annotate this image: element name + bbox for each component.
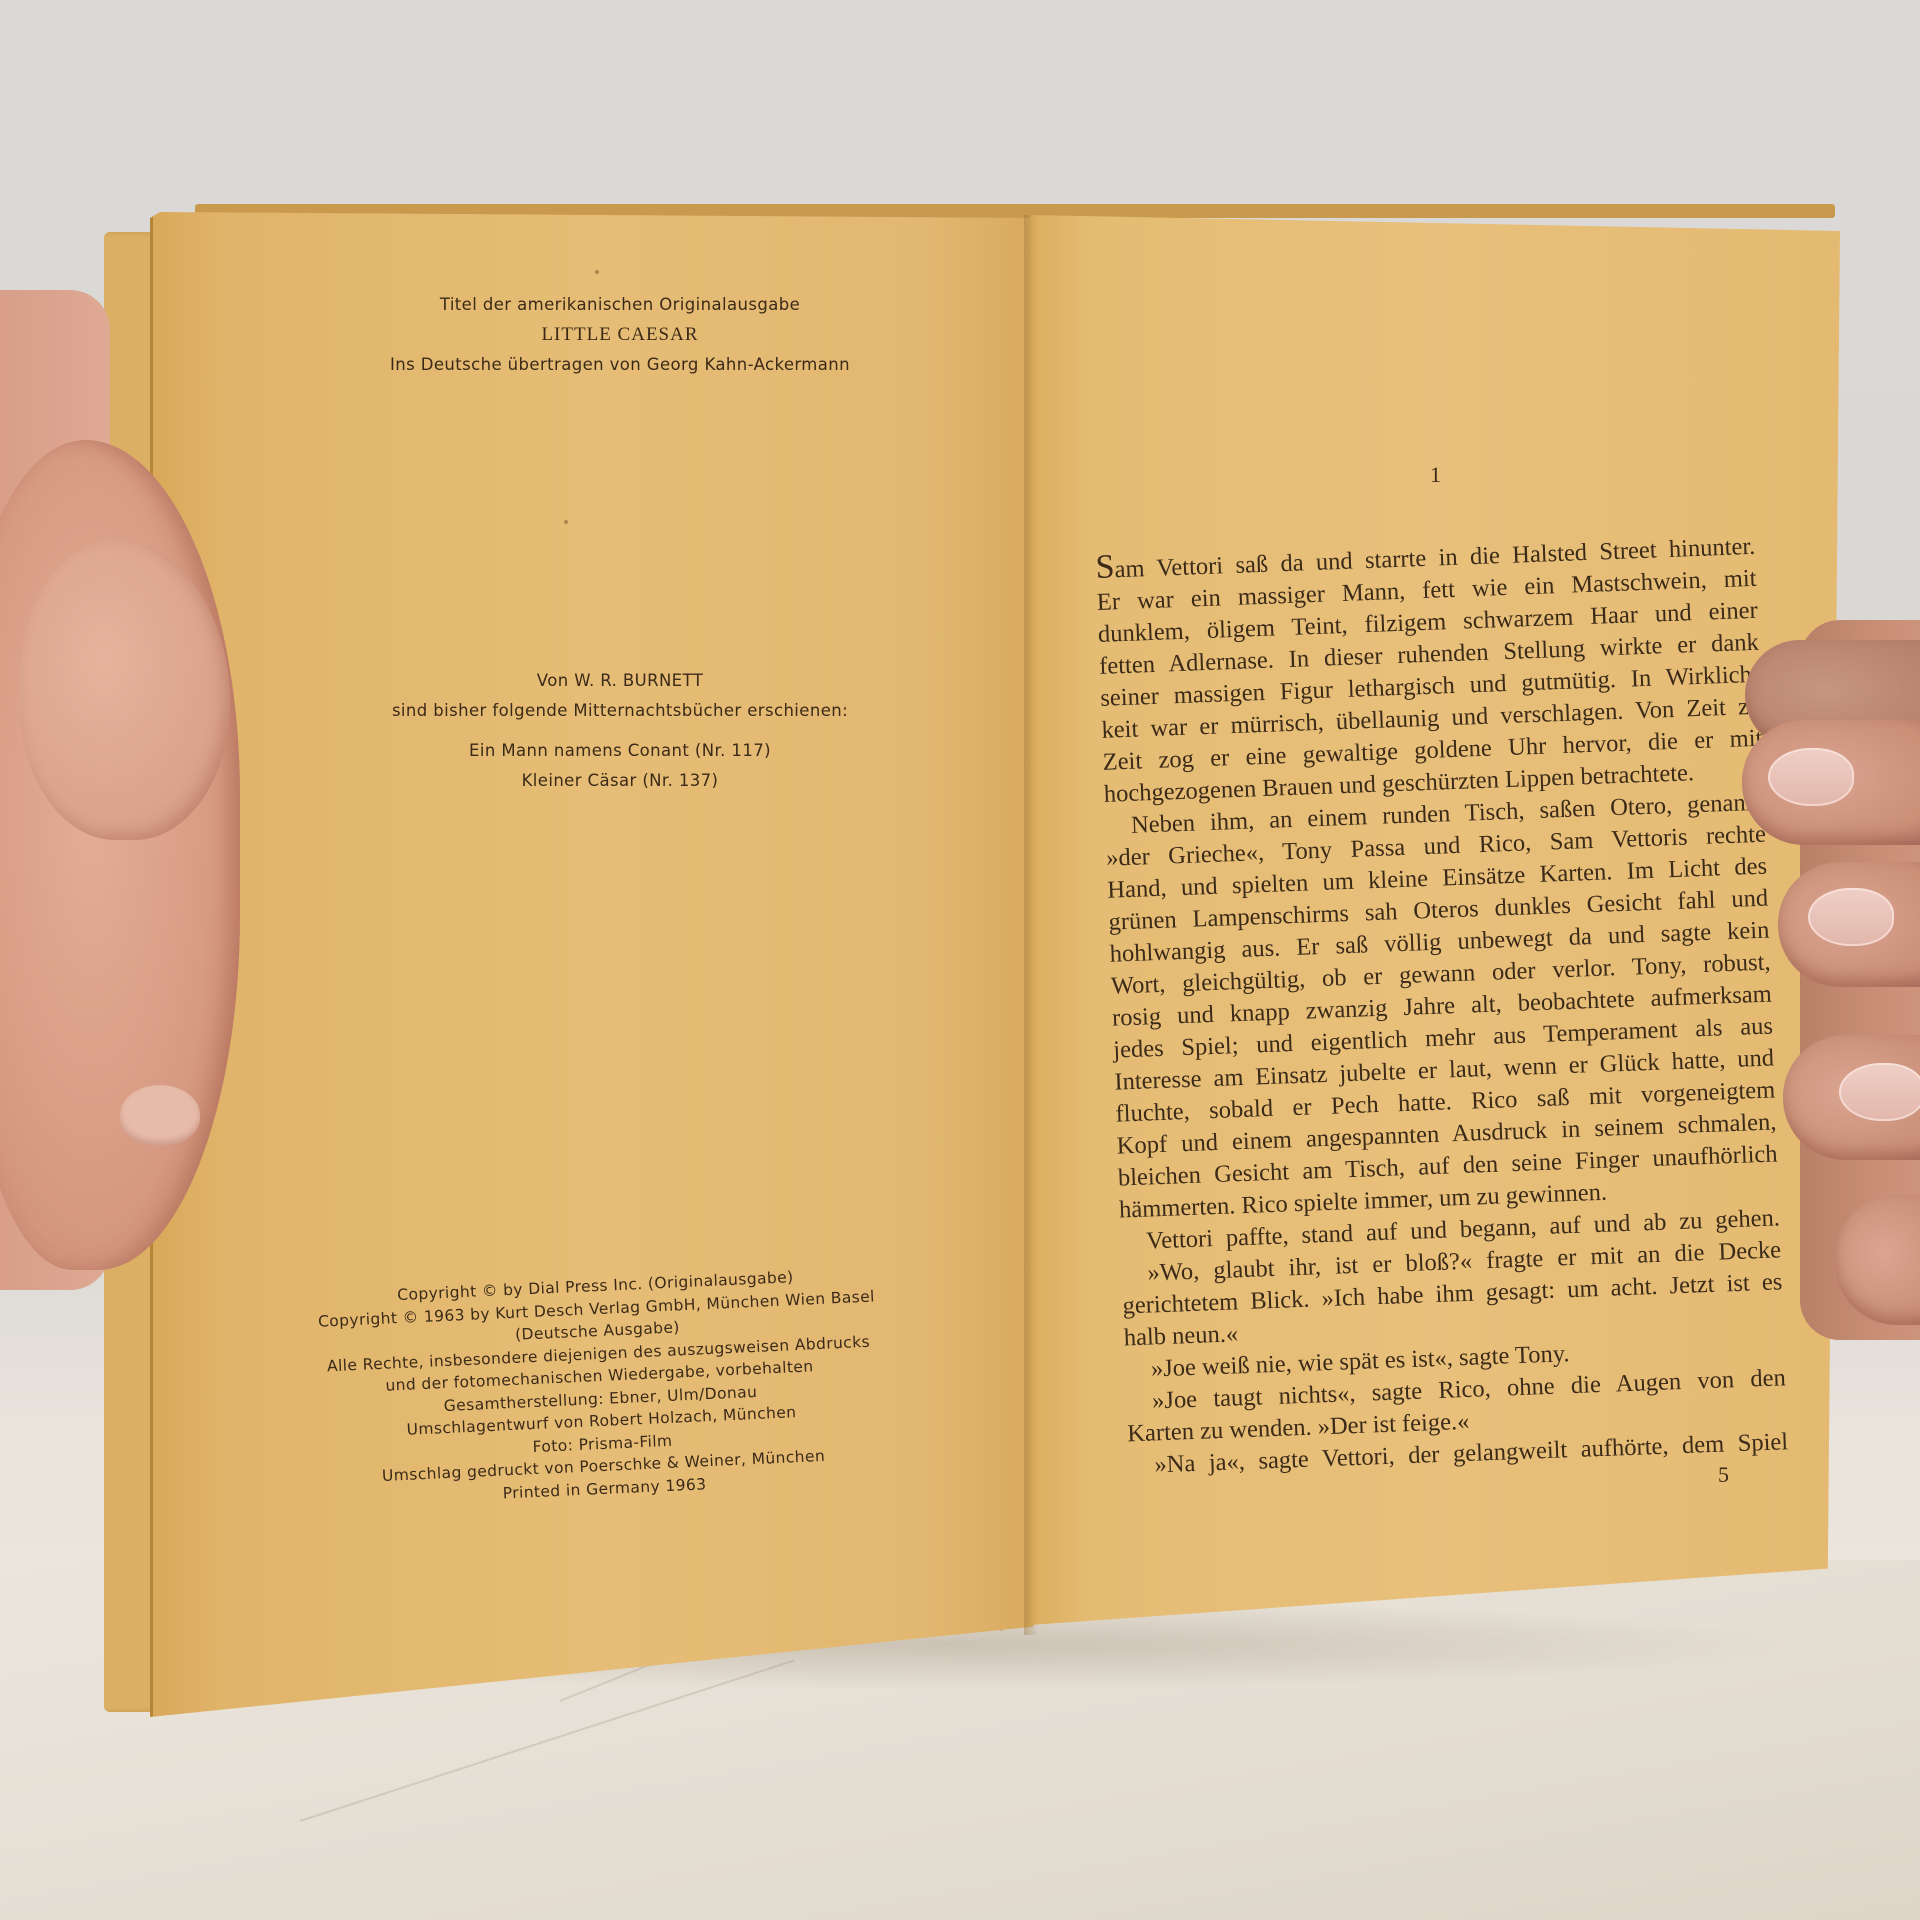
left-thumb-nail [120,1085,200,1145]
chapter-body-text: Sam Vettori saß da und starrte in die Ha… [1095,528,1789,1483]
bibliography-title: Kleiner Cäsar (Nr. 137) [300,766,940,796]
translator-credit: Ins Deutsche übertragen von Georg Kahn-A… [300,350,940,380]
paper-speck [564,520,568,524]
paper-speck [595,270,599,274]
right-hand-ring-finger [1783,1035,1920,1160]
finger-nail [1839,1063,1920,1121]
bibliography-block: Von W. R. BURNETT sind bisher folgende M… [300,666,940,796]
right-hand-middle-finger [1778,862,1920,987]
drop-letter: S [1095,548,1115,586]
finger-nail [1808,888,1894,946]
author-line: Von W. R. BURNETT [300,666,940,696]
page-number: 5 [1718,1462,1729,1488]
original-title-caption: Titel der amerikanischen Originalausgabe [300,290,940,320]
chapter-number: 1 [1430,462,1441,488]
bibliography-title: Ein Mann namens Conant (Nr. 117) [300,736,940,766]
imprint-block: Copyright © by Dial Press Inc. (Original… [265,1260,935,1515]
original-title: LITTLE CAESAR [300,320,940,350]
right-hand-thumb [1742,720,1920,845]
book-gutter [1024,215,1038,1635]
thumb-nail [1768,748,1854,806]
series-line: sind bisher folgende Mitternachtsbücher … [300,696,940,726]
original-title-block: Titel der amerikanischen Originalausgabe… [300,290,940,380]
